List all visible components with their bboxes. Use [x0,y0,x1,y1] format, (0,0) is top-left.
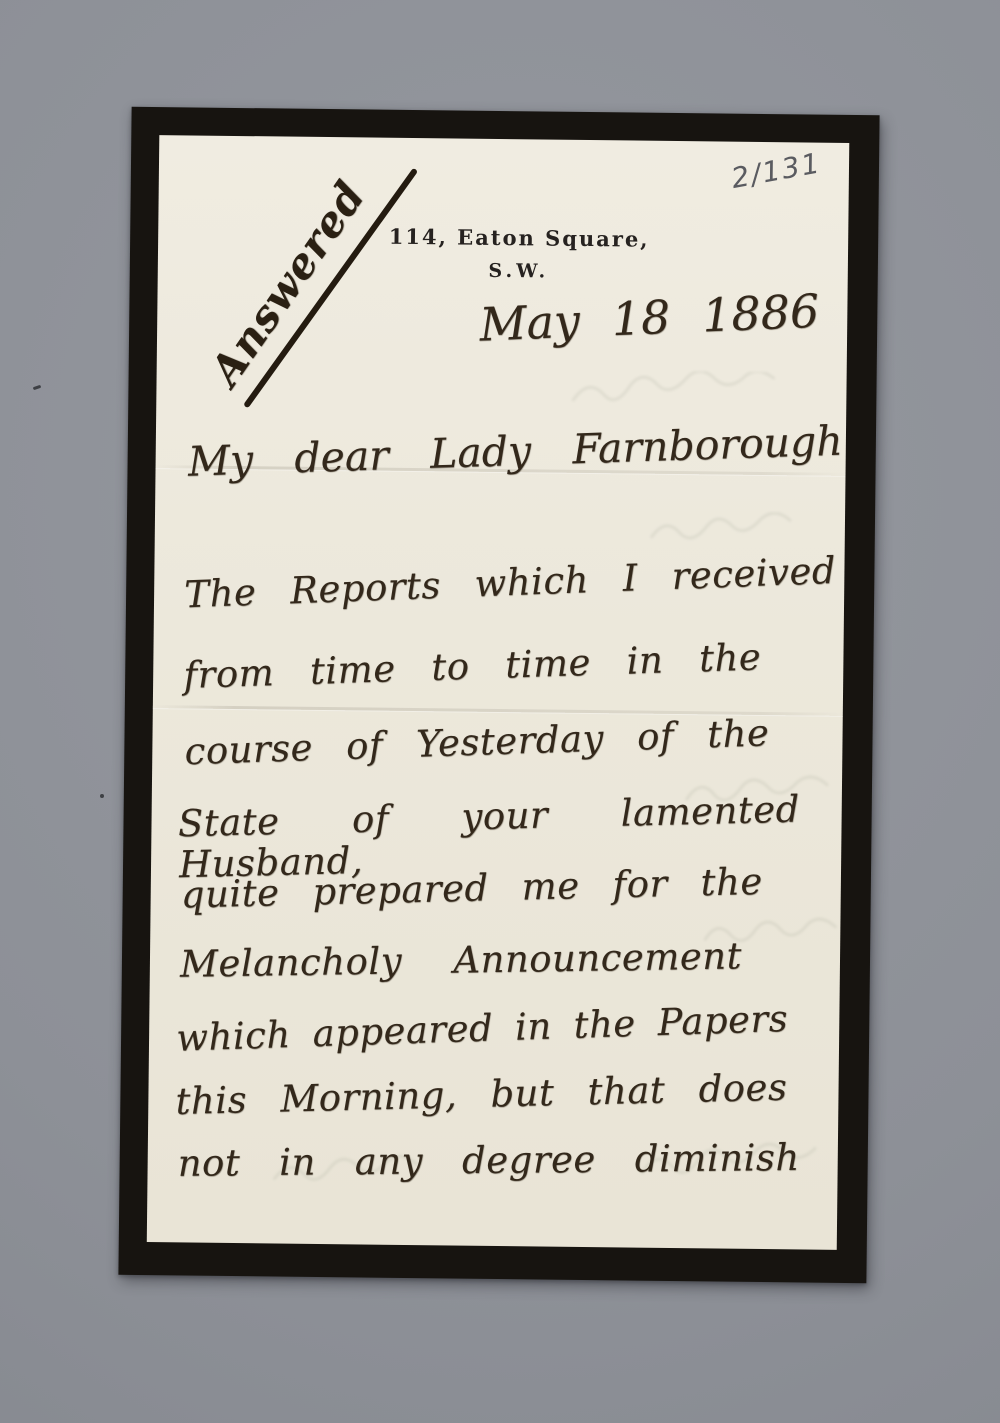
ghost-writing [647,511,817,551]
letter-body-line: not in any degree diminish [178,1138,800,1185]
ghost-writing [568,370,788,414]
photograph-background: 114, Eaton Square, S.W. 2/131 Answered M… [0,0,1000,1423]
dust-speck [33,385,42,390]
letter-document: 114, Eaton Square, S.W. 2/131 Answered M… [118,107,879,1283]
letter-body-line: Melancholy Announcement [180,936,743,985]
dust-speck [100,794,104,798]
